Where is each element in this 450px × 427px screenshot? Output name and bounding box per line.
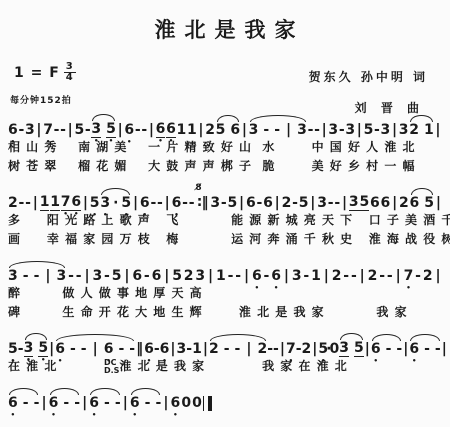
duration-dash: - <box>314 122 320 138</box>
barline: | <box>148 122 155 138</box>
tie-arc: 6-- <box>89 395 120 411</box>
note: 5 <box>121 195 131 211</box>
duration-dash: - <box>18 122 24 138</box>
duration-dash: - <box>150 195 156 211</box>
melody-line-4: 5-35|6--|6--‖6-6|3-1|2--|2--|7-2|5·035|6… <box>8 327 442 357</box>
note: 6 <box>152 268 162 284</box>
duration-dash: - <box>292 195 298 211</box>
note: 6 <box>166 121 176 138</box>
duration-dash: - <box>68 268 74 284</box>
note: 2 <box>368 268 378 284</box>
note: 7 <box>43 122 53 138</box>
note: 3 <box>100 195 110 211</box>
note: 3 <box>8 268 18 284</box>
duration-dash: - <box>141 122 147 138</box>
note: 5 <box>8 341 18 357</box>
duration-dash: - <box>135 122 141 138</box>
duration-dash: - <box>235 341 241 357</box>
note: 2 <box>184 268 194 284</box>
note: 3 <box>399 122 409 138</box>
note: 6 <box>132 268 142 284</box>
note: 3 <box>328 122 338 138</box>
note: 6 <box>156 121 166 138</box>
barline: | <box>32 195 39 211</box>
duration-dash: - <box>81 341 87 357</box>
note: 1 <box>187 122 197 138</box>
duration-dash: - <box>343 268 349 284</box>
note: 5 <box>90 195 100 211</box>
note: 2 <box>8 195 18 211</box>
duration-dash: - <box>374 122 380 138</box>
duration-dash: - <box>263 122 269 138</box>
duration-dash: - <box>34 395 40 411</box>
score-line-1: 6-3|7--|5-35|6--|6611|256|3--|3--|3-3|5-… <box>8 108 442 176</box>
tie-arc: 6-- <box>8 395 39 411</box>
note: 2 <box>409 122 419 138</box>
note: 2 <box>423 268 433 284</box>
score-line-5: 6--|6--|6--|6--|600 <box>8 381 442 411</box>
duration-dash: - <box>145 395 151 411</box>
barline: | <box>122 395 129 411</box>
note: 5 <box>318 341 328 357</box>
rest-note: 0 <box>181 395 191 411</box>
tie-arc: 35 <box>24 340 49 357</box>
barline: | <box>197 122 204 138</box>
duration-dash: - <box>435 341 441 357</box>
barline: | <box>341 195 348 211</box>
note: 6 <box>49 395 59 411</box>
duration-dash: - <box>23 395 29 411</box>
barline: | <box>117 122 124 138</box>
barline: | <box>241 122 248 138</box>
duration-dash: - <box>264 268 270 284</box>
note: 6 <box>381 195 391 211</box>
tie-arc: 6-- <box>371 341 402 357</box>
note: 6 <box>370 195 380 211</box>
note: 3 <box>345 122 355 138</box>
tie-arc: 6-- <box>409 341 440 357</box>
note: 6 <box>171 395 181 411</box>
meter-denominator: 4 <box>64 72 76 83</box>
barline: | <box>274 195 281 211</box>
note: 3 <box>57 268 67 284</box>
tie-arc: 3--|3 <box>8 268 66 284</box>
note: 5 <box>106 121 116 138</box>
barline: | <box>169 341 176 357</box>
barline: | <box>279 341 286 357</box>
score-line-3: 3--|3--|3-5|6-6|523|1--|6-6|3-1|2--|2--|… <box>8 254 442 322</box>
double-barline: ‖ <box>135 341 144 357</box>
melody-line-5: 6--|6--|6--|6--|600 <box>8 381 212 411</box>
augmentation-dot: · <box>113 195 118 211</box>
note: 3 <box>339 340 349 357</box>
final-barline <box>203 396 212 411</box>
barline: | <box>391 122 398 138</box>
rest-note: 0 <box>329 341 339 357</box>
note: 3 <box>92 268 102 284</box>
duration-dash: - <box>351 268 357 284</box>
note: 6 <box>263 195 273 211</box>
lyrics-line-1-1: 相 山 秀 南 湖 美 一 片 精 致 好 山 水 中 国 好 人 淮 北 <box>8 138 442 157</box>
note: 5 <box>112 268 122 284</box>
tie-arc: 3·5 <box>100 195 131 211</box>
melody-line-3: 3--|3--|3-5|6-6|523|1--|6-6|3-1|2--|2--|… <box>8 254 442 284</box>
score-body: 6-3|7--|5-35|6--|6611|256|3--|3--|3-3|5-… <box>8 108 442 416</box>
tie-arc: 56 <box>216 122 241 138</box>
note: 7 <box>61 194 71 211</box>
note: 3 <box>177 341 187 357</box>
barline: | <box>441 341 448 357</box>
lyrics-line-3-2: 碑 生 命 开 花 大 地 生 辉 淮 北 是 我 家 我 家 <box>8 303 442 322</box>
key-signature: 1 = F 3 4 <box>14 62 76 83</box>
duration-dash: - <box>257 195 263 211</box>
note: 1 <box>192 341 202 357</box>
repeat-barline: ∶‖ <box>196 195 209 211</box>
rest-note: 0 <box>192 395 202 411</box>
duration-dash: - <box>23 268 29 284</box>
melody-line-2: 2--|1176|53·5|6--|6--8̸∶‖3-5|6-6|2-5|3--… <box>8 181 442 211</box>
duration-dash: - <box>85 122 91 138</box>
tie-arc: 21 <box>409 122 434 138</box>
note: 1 <box>177 122 187 138</box>
segno-mark: 8̸ <box>195 184 201 193</box>
note: 6 <box>246 195 256 211</box>
duration-dash: - <box>104 395 110 411</box>
note: 1 <box>216 268 226 284</box>
tie-arc: 3--|3 <box>249 122 307 138</box>
duration-dash: - <box>129 341 135 357</box>
tie-arc: 35 <box>339 340 364 357</box>
duration-dash: - <box>70 341 76 357</box>
note: 2 <box>282 195 292 211</box>
barline: | <box>402 341 409 357</box>
tie-arc: 6--|6-- <box>55 341 135 357</box>
barline: | <box>364 341 371 357</box>
barline: | <box>238 195 245 211</box>
note: 5 <box>172 268 182 284</box>
note: 5 <box>299 195 309 211</box>
tie-arc: 35 <box>91 121 116 138</box>
lyrics-line-1-2: 树 苍 翠 榴 花 媚 大 鼓 声 声 梆 子 脆 美 好 乡 村 一 幅 <box>8 157 442 176</box>
duration-dash: - <box>60 122 66 138</box>
note: 6 <box>230 122 240 138</box>
barline: | <box>81 395 88 411</box>
note: 3 <box>25 122 35 138</box>
barline: | <box>207 268 214 284</box>
duration-dash: - <box>76 268 82 284</box>
duration-dash: - <box>157 195 163 211</box>
duration-dash: - <box>415 268 421 284</box>
note: 6 <box>144 341 154 357</box>
sheet-music-page: 淮北是我家 1 = F 3 4 每分钟152拍 贺东久 孙中明 词 刘 晋 曲 … <box>0 0 450 427</box>
note: 6 <box>104 341 114 357</box>
note: 5 <box>74 122 84 138</box>
barline: | <box>309 195 316 211</box>
barline: | <box>67 122 74 138</box>
note: 6 <box>271 268 281 284</box>
note: 6 <box>371 341 381 357</box>
note: 3 <box>24 340 34 357</box>
note: 2 <box>302 341 312 357</box>
note: 6 <box>409 341 419 357</box>
barline: | <box>434 268 441 284</box>
duration-dash: - <box>379 268 385 284</box>
duration-dash: - <box>224 341 230 357</box>
note: 7 <box>286 341 296 357</box>
note: 2 <box>332 268 342 284</box>
barline: | <box>83 268 90 284</box>
duration-dash: - <box>34 268 40 284</box>
barline: | <box>132 195 139 211</box>
score-line-4: 5-35|6--|6--‖6-6|3-1|2--|2--|7-2|5·035|6… <box>8 327 442 376</box>
note: 2 <box>399 195 409 211</box>
barline: | <box>162 395 169 411</box>
note: 2 <box>209 341 219 357</box>
score-line-2: 2--|1176|53·5|6--|6--8̸∶‖3-5|6-6|2-5|3--… <box>8 181 442 249</box>
note: 5 <box>216 122 226 138</box>
note: 5 <box>354 340 364 357</box>
note: 1 <box>40 194 50 211</box>
duration-dash: - <box>396 341 402 357</box>
barline: | <box>44 268 51 284</box>
duration-dash: - <box>104 268 110 284</box>
note: 1 <box>424 122 434 138</box>
note: 6 <box>55 341 65 357</box>
note: 6 <box>71 194 81 211</box>
duration-dash: - <box>274 122 280 138</box>
note: 1 <box>311 268 321 284</box>
duration-dash: - <box>235 268 241 284</box>
duration-dash: - <box>308 122 314 138</box>
barline: | <box>48 341 55 357</box>
barline: | <box>243 268 250 284</box>
duration-dash: - <box>155 395 161 411</box>
barline: | <box>123 268 130 284</box>
tie-arc: 65 <box>410 195 435 211</box>
note: 5 <box>227 195 237 211</box>
duration-dash: - <box>115 395 121 411</box>
note: 6 <box>172 195 182 211</box>
tie-arc: 2--|2 <box>209 341 267 357</box>
duration-dash: - <box>182 195 188 211</box>
barline: | <box>202 341 209 357</box>
duration-dash: - <box>25 195 31 211</box>
barline: | <box>395 268 402 284</box>
barline: | <box>245 341 252 357</box>
duration-dash: - <box>54 122 60 138</box>
note: 3 <box>381 122 391 138</box>
duration-dash: - <box>144 268 150 284</box>
barline: | <box>323 268 330 284</box>
note: 6 <box>160 341 170 357</box>
note: 2 <box>205 122 215 138</box>
barline: | <box>92 341 99 357</box>
barline: | <box>283 268 290 284</box>
key-text: 1 = F <box>14 65 60 81</box>
duration-dash: - <box>74 395 80 411</box>
note: 6 <box>410 195 420 211</box>
note: 3 <box>292 268 302 284</box>
duration-dash: - <box>221 195 227 211</box>
note: 5 <box>424 195 434 211</box>
barline: | <box>321 122 328 138</box>
duration-dash: - <box>387 268 393 284</box>
duration-dash: - <box>339 122 345 138</box>
lyricists-credit: 贺东久 孙中明 词 <box>309 68 428 85</box>
duration-dash: - <box>334 195 340 211</box>
duration-dash: - <box>424 341 430 357</box>
barline: | <box>35 122 42 138</box>
note: 3 <box>317 195 327 211</box>
duration-dash: - <box>386 341 392 357</box>
note: 5 <box>38 340 48 357</box>
barline: | <box>311 341 318 357</box>
note: 3 <box>297 122 307 138</box>
barline: | <box>356 122 363 138</box>
note: 6 <box>140 195 150 211</box>
note: 2 <box>257 341 267 357</box>
note: 5 <box>364 122 374 138</box>
duration-dash: - <box>189 195 195 211</box>
note: 3 <box>91 121 101 138</box>
duration-dash: - <box>328 195 334 211</box>
note: 3 <box>349 194 359 211</box>
tempo-marking: 每分钟152拍 <box>10 93 72 106</box>
lyrics-line-2-2: 画 幸 福 家 园 万 枝 梅 运 河 奔 涌 千 秋 史 淮 海 战 役 树 … <box>8 230 442 249</box>
note: 7 <box>404 268 414 284</box>
duration-dash: - <box>63 395 69 411</box>
time-signature: 3 4 <box>64 62 76 83</box>
tie-arc: 6-- <box>130 395 161 411</box>
duration-dash: - <box>303 268 309 284</box>
barline: | <box>391 195 398 211</box>
duration-dash: - <box>118 341 124 357</box>
duration-dash: - <box>228 268 234 284</box>
note: 6 <box>8 122 18 138</box>
note: 6 <box>89 395 99 411</box>
barline: | <box>40 395 47 411</box>
barline: | <box>435 195 442 211</box>
note: 1 <box>50 194 60 211</box>
tie-arc: 6-- <box>49 395 80 411</box>
note: 6 <box>130 395 140 411</box>
song-title: 淮北是我家 <box>0 14 450 44</box>
barline: | <box>82 195 89 211</box>
meter-numerator: 3 <box>66 62 74 72</box>
note: 6 <box>252 268 262 284</box>
barline: | <box>359 268 366 284</box>
barline: | <box>434 122 441 138</box>
note: 3 <box>210 195 220 211</box>
lyrics-line-3-1: 醉 做 人 做 事 地 厚 天 高 <box>8 284 442 303</box>
note: 3 <box>249 122 259 138</box>
melody-line-1: 6-3|7--|5-35|6--|6611|256|3--|3--|3-3|5-… <box>8 108 442 138</box>
note: 6 <box>8 395 18 411</box>
note: 3 <box>195 268 205 284</box>
note: 6 <box>124 122 134 138</box>
note: 5 <box>359 194 369 211</box>
barline: | <box>285 122 292 138</box>
barline: | <box>163 268 170 284</box>
duration-dash: - <box>19 195 25 211</box>
barline: | <box>164 195 171 211</box>
